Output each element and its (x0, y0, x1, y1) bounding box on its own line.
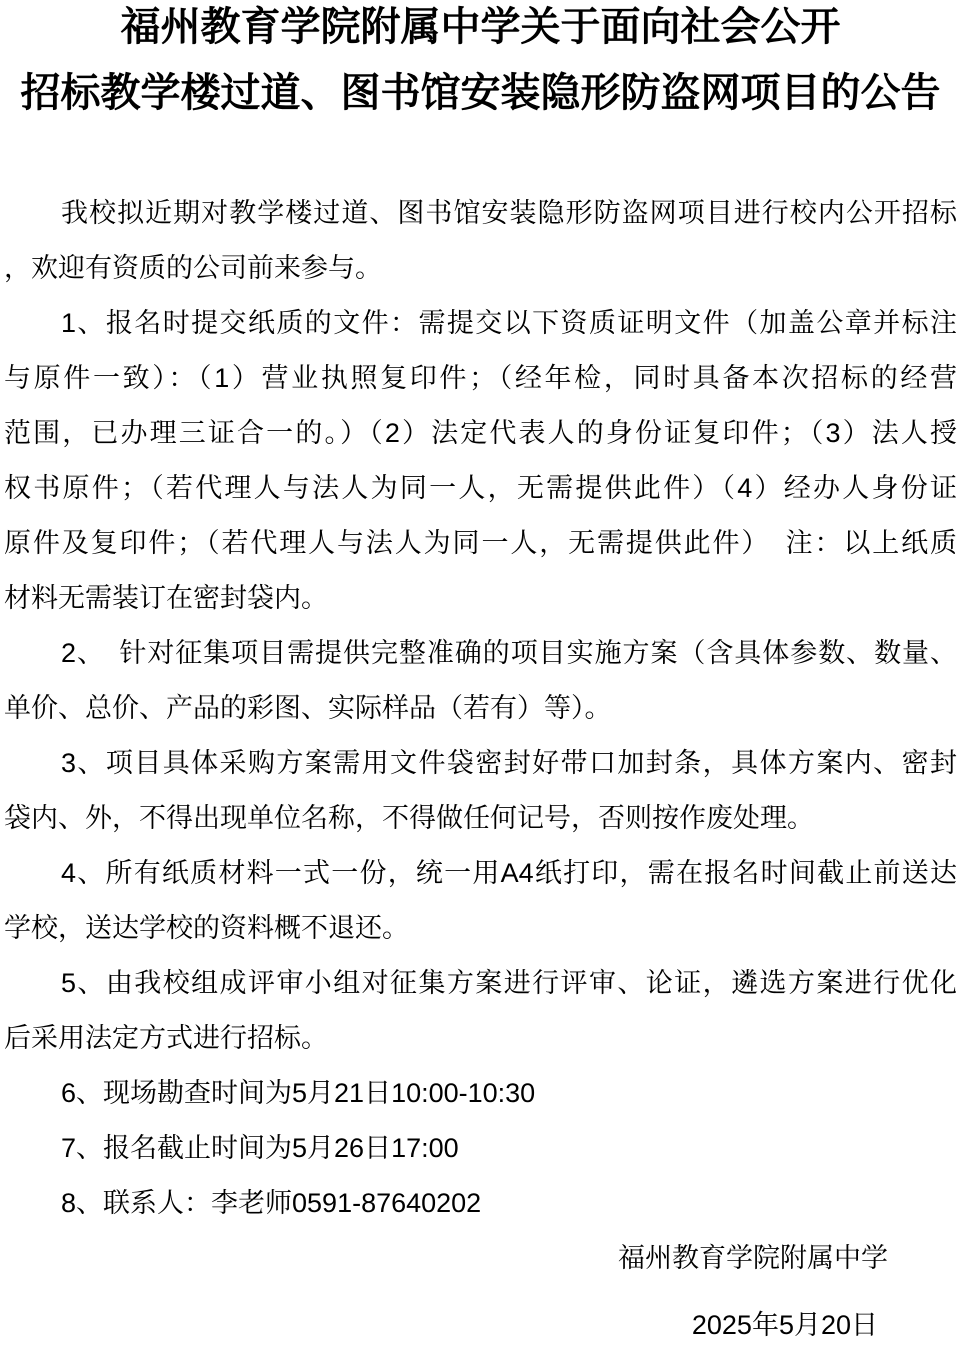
document-line: 我校拟近期对教学楼过道、图书馆安装隐形防盗网项目进行校内公开招标 (4, 186, 957, 241)
document-line: 袋内、外，不得出现单位名称，不得做任何记号，否则按作废处理。 (4, 791, 957, 846)
document-line: 1、报名时提交纸质的文件：需提交以下资质证明文件（加盖公章并标注 (4, 296, 957, 351)
document-line: 单价、总价、产品的彩图、实际样品（若有）等）。 (4, 681, 957, 736)
document-line: 4、所有纸质材料一式一份，统一用A4纸打印，需在报名时间截止前送达 (4, 846, 957, 901)
document-line: 8、联系人：李老师0591-87640202 (4, 1176, 957, 1231)
document-line: 后采用法定方式进行招标。 (4, 1011, 957, 1066)
signature-org: 福州教育学院附属中学 (4, 1231, 957, 1286)
document-line: 范围，已办理三证合一的。）（2）法定代表人的身份证复印件；（3）法人授 (4, 406, 957, 461)
document-line: 7、报名截止时间为5月26日17:00 (4, 1121, 957, 1176)
document-line: 权书原件；（若代理人与法人为同一人，无需提供此件）（4）经办人身份证 (4, 461, 957, 516)
document-line: 6、现场勘查时间为5月21日10:00-10:30 (4, 1066, 957, 1121)
document-line: 5、由我校组成评审小组对征集方案进行评审、论证，遴选方案进行优化 (4, 956, 957, 1011)
document-line: 材料无需装订在密封袋内。 (4, 571, 957, 626)
document-line: ，欢迎有资质的公司前来参与。 (4, 241, 957, 296)
document-title-line: 招标教学楼过道、图书馆安装隐形防盗网项目的公告 (4, 60, 957, 126)
document-title-line: 福州教育学院附属中学关于面向社会公开 (4, 0, 957, 60)
signature-date: 2025年5月20日 (4, 1298, 957, 1353)
announcement-document: 福州教育学院附属中学关于面向社会公开招标教学楼过道、图书馆安装隐形防盗网项目的公… (0, 0, 962, 1368)
document-body: 我校拟近期对教学楼过道、图书馆安装隐形防盗网项目进行校内公开招标，欢迎有资质的公… (4, 186, 957, 1231)
document-line: 2、 针对征集项目需提供完整准确的项目实施方案（含具体参数、数量、 (4, 626, 957, 681)
document-line: 3、项目具体采购方案需用文件袋密封好带口加封条，具体方案内、密封 (4, 736, 957, 791)
document-title: 福州教育学院附属中学关于面向社会公开招标教学楼过道、图书馆安装隐形防盗网项目的公… (4, 0, 957, 126)
document-line: 学校，送达学校的资料概不退还。 (4, 901, 957, 956)
document-line: 原件及复印件；（若代理人与法人为同一人，无需提供此件） 注：以上纸质 (4, 516, 957, 571)
document-line: 与原件一致）：（1）营业执照复印件；（经年检，同时具备本次招标的经营 (4, 351, 957, 406)
